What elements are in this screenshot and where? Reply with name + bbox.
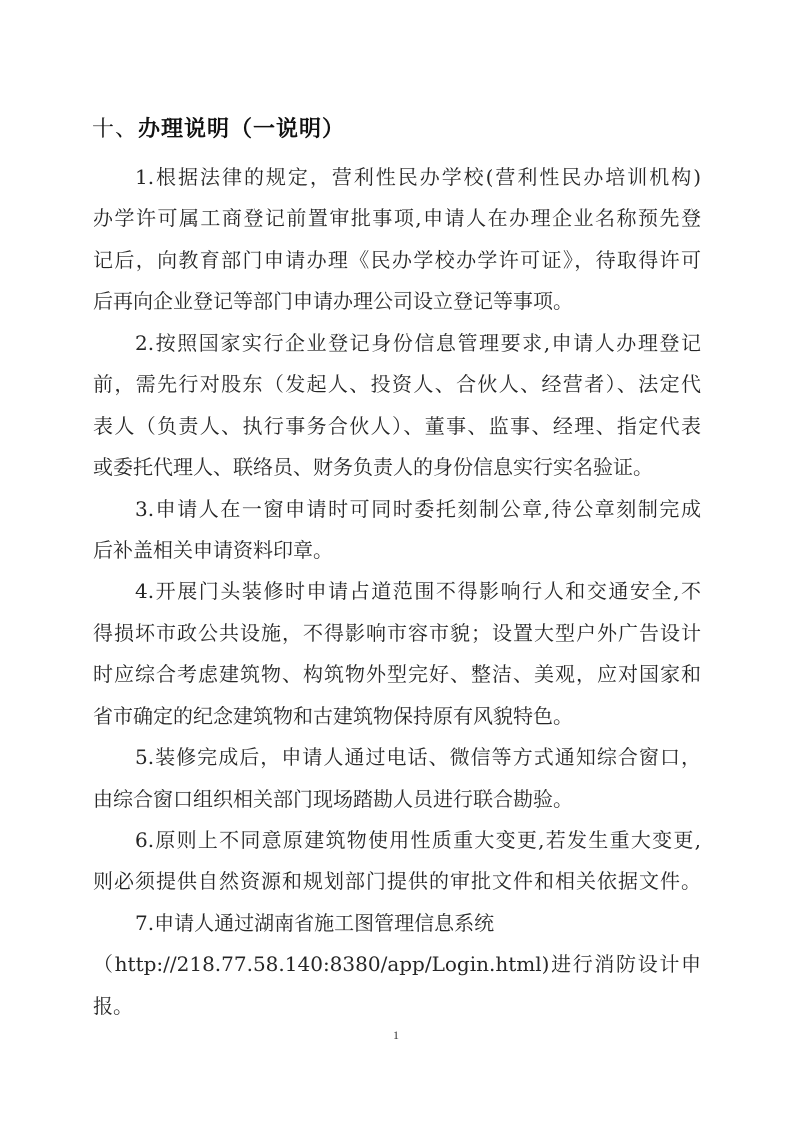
paragraph-line: 4.开展门头装修时申请占道范围不得影响行人和交通安全,不 (93, 571, 701, 612)
section-number: 十、 (92, 117, 138, 142)
paragraph-line: 2.按照国家实行企业登记身份信息管理要求,申请人办理登记 (93, 323, 701, 364)
document-body: 1.根据法律的规定，营利性民办学校(营利性民办培训机构) 办学许可属工商登记前置… (93, 157, 701, 1027)
paragraph-line: 记后，向教育部门申请办理《民办学校办学许可证》，待取得许可 (93, 240, 701, 281)
paragraph-line: 后再向企业登记等部门申请办理公司设立登记等事项。 (93, 281, 701, 322)
section-title: 办理说明（一说明） (138, 117, 345, 142)
paragraph-6: 6.原则上不同意原建筑物使用性质重大变更,若发生重大变更, 则必须提供自然资源和… (93, 820, 701, 903)
document-page: 十、办理说明（一说明） 1.根据法律的规定，营利性民办学校(营利性民办培训机构)… (0, 0, 793, 1122)
paragraph-4: 4.开展门头装修时申请占道范围不得影响行人和交通安全,不 得损坏市政公共设施，不… (93, 571, 701, 737)
paragraph-line: 3.申请人在一窗申请时可同时委托刻制公章,待公章刻制完成 (93, 489, 701, 530)
paragraph-line: 后补盖相关申请资料印章。 (93, 530, 701, 571)
paragraph-line: 则必须提供自然资源和规划部门提供的审批文件和相关依据文件。 (93, 861, 701, 902)
paragraph-5: 5.装修完成后，申请人通过电话、微信等方式通知综合窗口， 由综合窗口组织相关部门… (93, 737, 701, 820)
paragraph-2: 2.按照国家实行企业登记身份信息管理要求,申请人办理登记 前，需先行对股东（发起… (93, 323, 701, 489)
paragraph-line: 由综合窗口组织相关部门现场踏勘人员进行联合勘验。 (93, 779, 701, 820)
paragraph-line: 表人（负责人、执行事务合伙人）、董事、监事、经理、指定代表 (93, 406, 701, 447)
paragraph-1: 1.根据法律的规定，营利性民办学校(营利性民办培训机构) 办学许可属工商登记前置… (93, 157, 701, 323)
paragraph-3: 3.申请人在一窗申请时可同时委托刻制公章,待公章刻制完成 后补盖相关申请资料印章… (93, 489, 701, 572)
page-number: 1 (386, 1028, 406, 1043)
section-heading: 十、办理说明（一说明） (92, 112, 712, 148)
paragraph-line-url: （http://218.77.58.140:8380/app/Login.htm… (93, 944, 701, 985)
paragraph-line: 6.原则上不同意原建筑物使用性质重大变更,若发生重大变更, (93, 820, 701, 861)
paragraph-line: 得损坏市政公共设施，不得影响市容市貌；设置大型户外广告设计 (93, 613, 701, 654)
paragraph-line: 或委托代理人、联络员、财务负责人的身份信息实行实名验证。 (93, 447, 701, 488)
paragraph-line: 5.装修完成后，申请人通过电话、微信等方式通知综合窗口， (93, 737, 701, 778)
paragraph-line: 时应综合考虑建筑物、构筑物外型完好、整洁、美观，应对国家和 (93, 654, 701, 695)
paragraph-line: 办学许可属工商登记前置审批事项,申请人在办理企业名称预先登 (93, 198, 701, 239)
paragraph-line: 报。 (93, 986, 701, 1027)
paragraph-line: 省市确定的纪念建筑物和古建筑物保持原有风貌特色。 (93, 696, 701, 737)
paragraph-line: 1.根据法律的规定，营利性民办学校(营利性民办培训机构) (93, 157, 701, 198)
paragraph-7: 7.申请人通过湖南省施工图管理信息系统 （http://218.77.58.14… (93, 903, 701, 1027)
paragraph-line: 7.申请人通过湖南省施工图管理信息系统 (93, 903, 701, 944)
paragraph-line: 前，需先行对股东（发起人、投资人、合伙人、经营者）、法定代 (93, 364, 701, 405)
